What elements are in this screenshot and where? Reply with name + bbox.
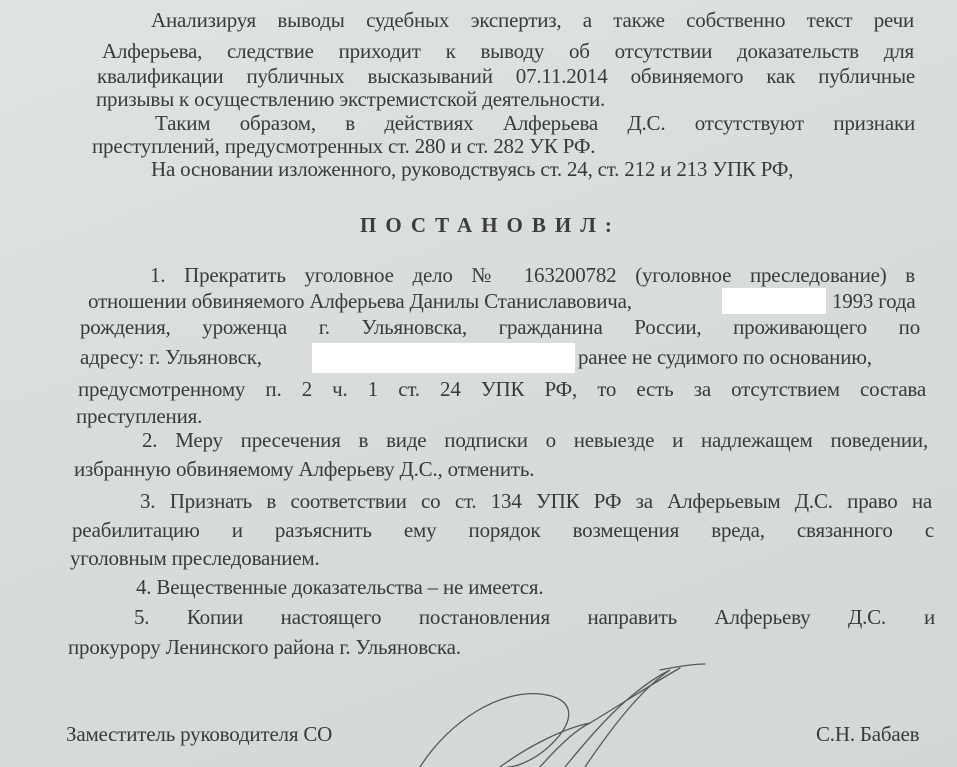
item-1-line-4b: ранее не судимого по основанию, bbox=[578, 345, 872, 369]
item-3-line-2: реабилитацию и разъяснить ему порядок во… bbox=[72, 518, 934, 542]
paragraph-conclusion-line-2: Алферьева, следствие приходит к выводу о… bbox=[102, 39, 914, 63]
document-page: Анализируя выводы судебных экспертиз, а … bbox=[0, 0, 957, 767]
item-1-line-4a: адресу: г. Ульяновск, bbox=[80, 345, 262, 369]
item-1-line-3: рождения, уроженца г. Ульяновска, гражда… bbox=[80, 315, 920, 339]
item-2-line-1: 2. Меру пресечения в виде подписки о нев… bbox=[142, 428, 928, 452]
paragraph-conclusion-line-1: Анализируя выводы судебных экспертиз, а … bbox=[151, 8, 914, 32]
item-5-line-2: прокурору Ленинского района г. Ульяновск… bbox=[68, 635, 461, 659]
item-1-line-1: 1. Прекратить уголовное дело № 163200782… bbox=[150, 263, 915, 287]
item-1-birth-year: 1993 года bbox=[832, 289, 915, 313]
signatory-name: С.Н. Бабаев bbox=[816, 722, 919, 746]
paragraph-conclusion-line-3: квалификации публичных высказываний 07.1… bbox=[97, 64, 915, 88]
item-5-line-1: 5. Копии настоящего постановления направ… bbox=[134, 605, 886, 629]
signatory-position: Заместитель руководителя СО bbox=[66, 722, 332, 746]
handwritten-signature bbox=[380, 660, 710, 767]
item-2-line-2: избранную обвиняемому Алферьеву Д.С., от… bbox=[74, 457, 534, 481]
paragraph-thus-line-2: преступлений, предусмотренных ст. 280 и … bbox=[92, 134, 595, 158]
item-4: 4. Вещественные доказательства – не имее… bbox=[136, 575, 543, 599]
item-5-conjunction: и bbox=[924, 605, 935, 629]
paragraph-conclusion-line-4: призывы к осуществлению экстремистской д… bbox=[96, 87, 605, 111]
item-1-line-6: преступления. bbox=[76, 404, 202, 428]
redaction-birth-date bbox=[722, 288, 826, 314]
resolution-heading: ПОСТАНОВИЛ: bbox=[360, 213, 621, 238]
paragraph-thus-line-1: Таким образом, в действиях Алферьева Д.С… bbox=[155, 111, 915, 135]
item-3-line-1: 3. Признать в соответствии со ст. 134 УП… bbox=[140, 489, 932, 513]
item-1-line-5: предусмотренному п. 2 ч. 1 ст. 24 УПК РФ… bbox=[78, 377, 926, 401]
item-3-line-3: уголовным преследованием. bbox=[70, 546, 320, 570]
redaction-address bbox=[312, 343, 575, 373]
paragraph-basis: На основании изложенного, руководствуясь… bbox=[151, 157, 793, 181]
item-1-line-2: отношении обвиняемого Алферьева Данилы С… bbox=[88, 289, 632, 313]
